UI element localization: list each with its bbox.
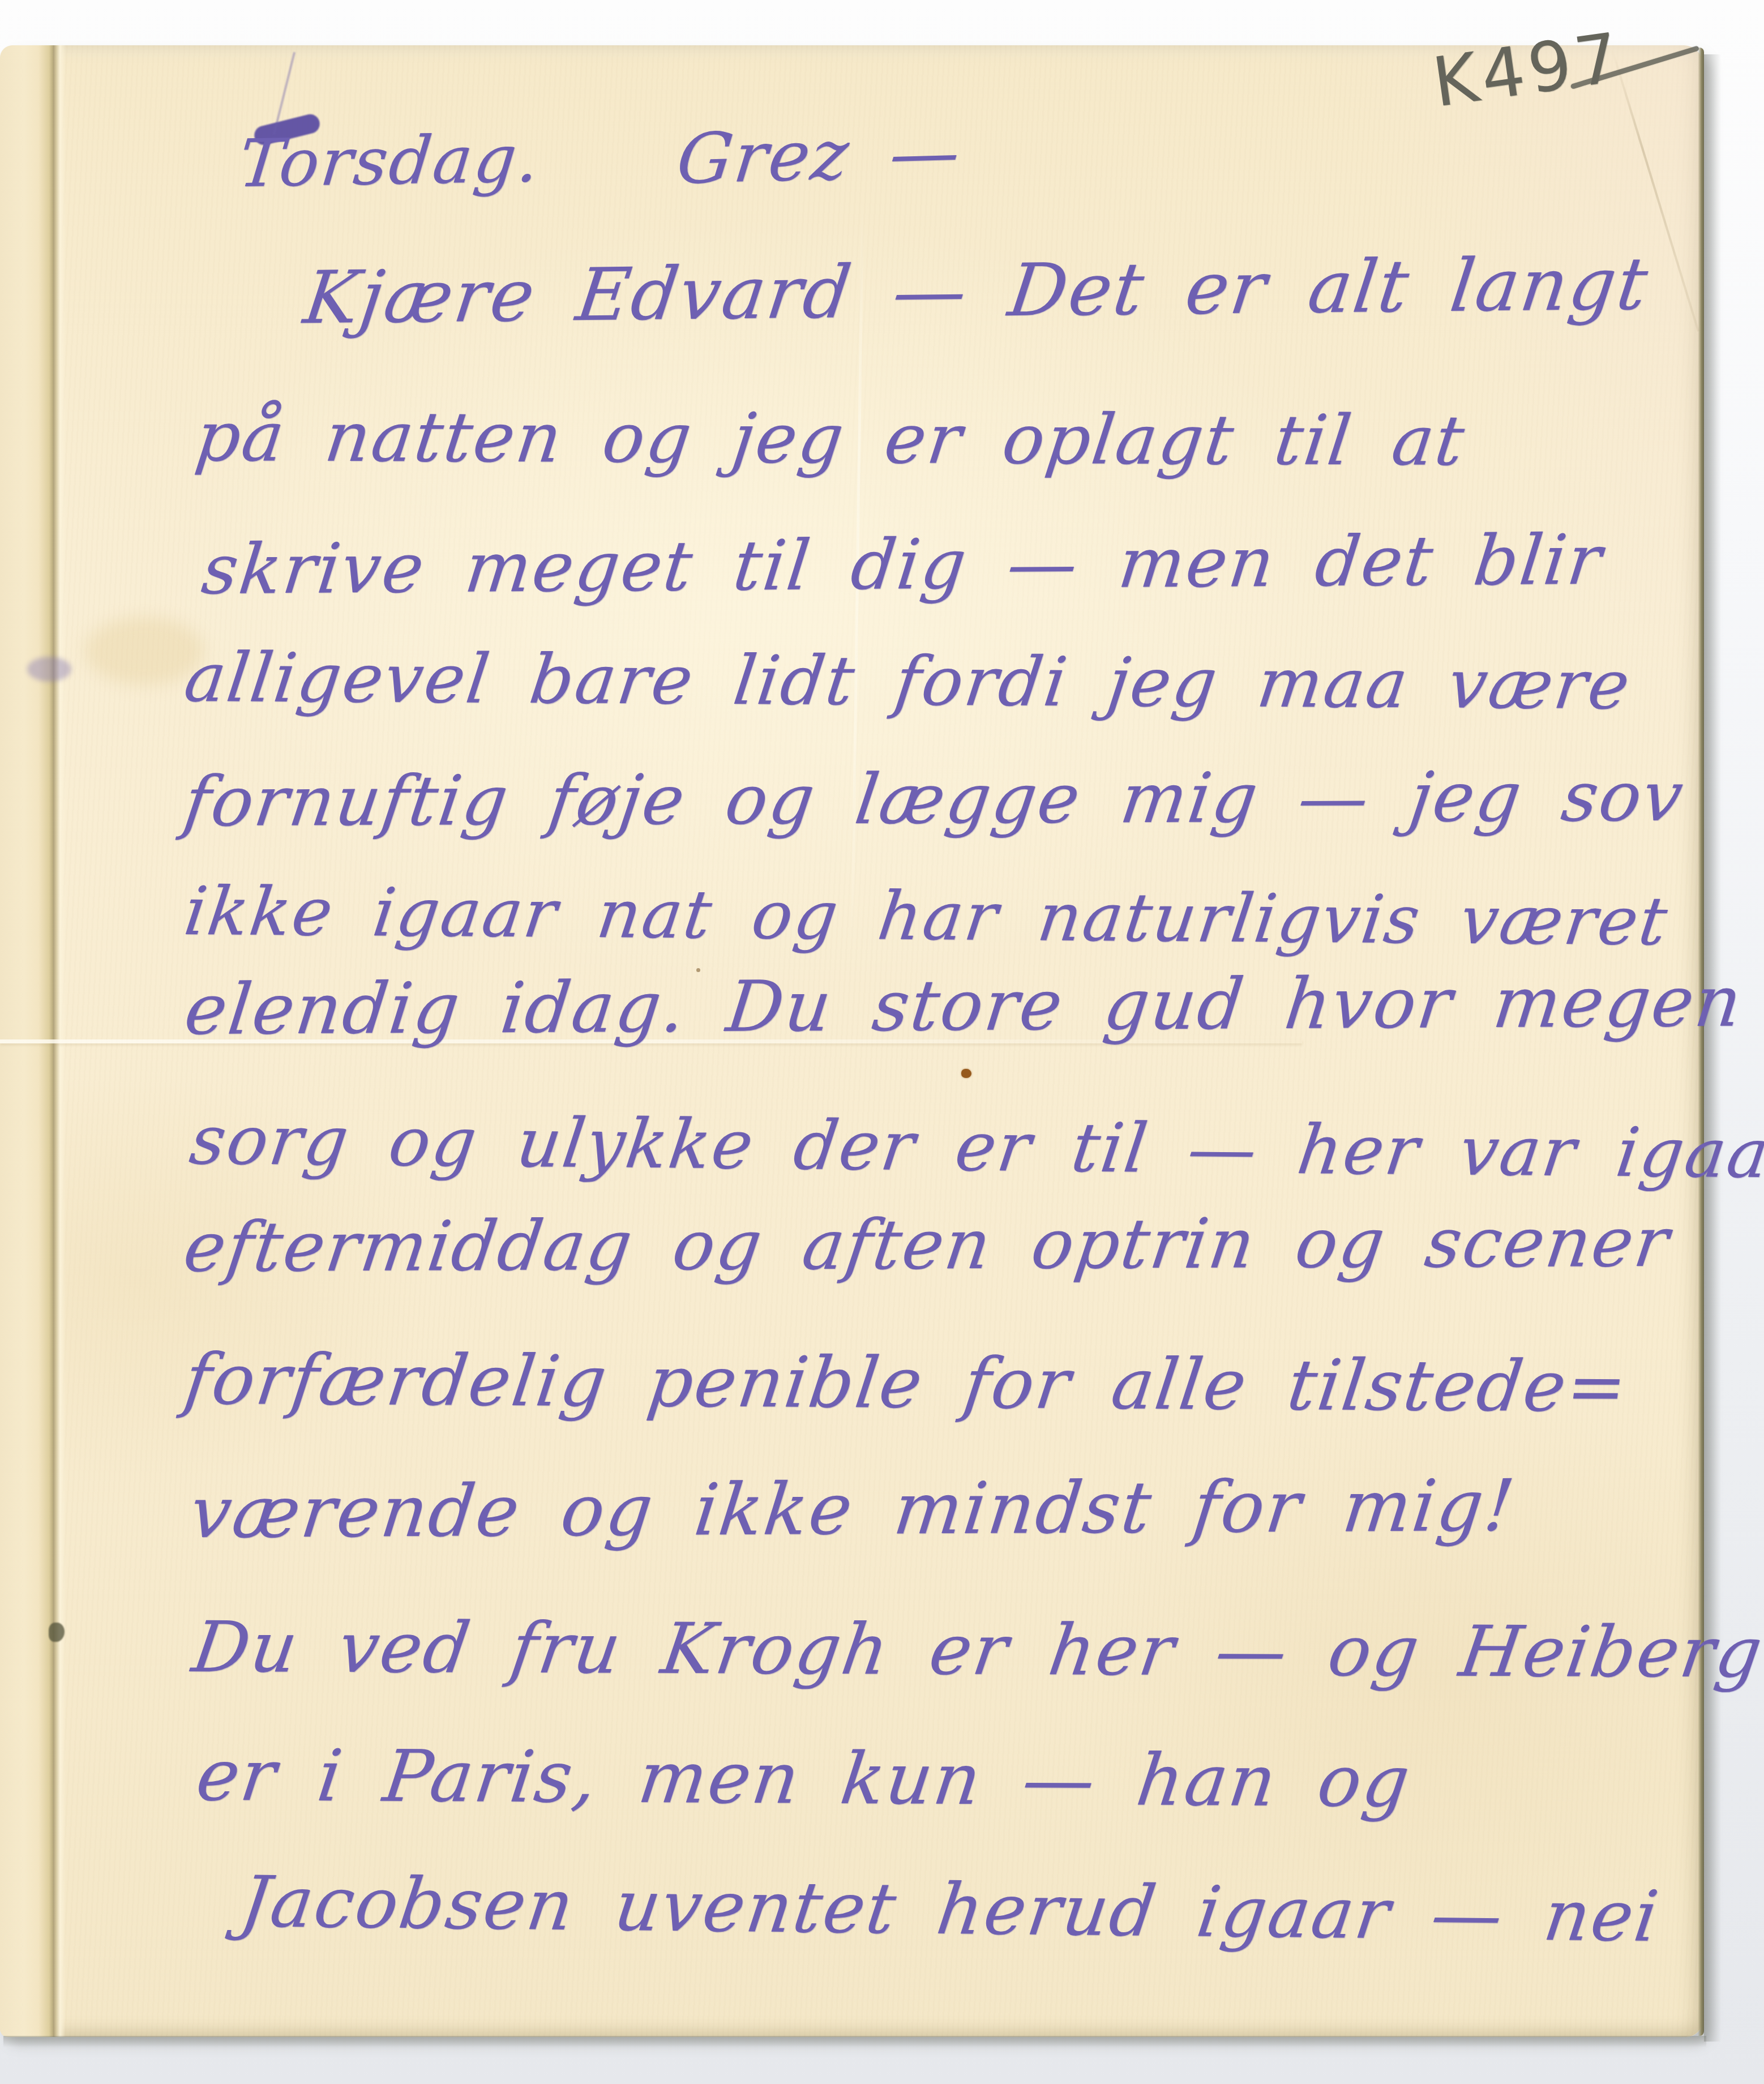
small-fox-dot: [696, 968, 700, 972]
archive-code-text: K497: [1428, 18, 1628, 122]
paper-stain: [85, 617, 204, 685]
paper-bottom-shadow: [3, 2036, 1706, 2047]
horizontal-crease: [0, 1039, 1302, 1043]
fox-spot: [961, 1069, 971, 1078]
scanned-letter: K497 Torsdag. Grez — Kjære Edvard — Det …: [0, 0, 1764, 2084]
paper-right-edge: [1698, 48, 1704, 2036]
ink-smudge: [27, 657, 71, 682]
paper-right-shadow: [1704, 54, 1721, 2042]
